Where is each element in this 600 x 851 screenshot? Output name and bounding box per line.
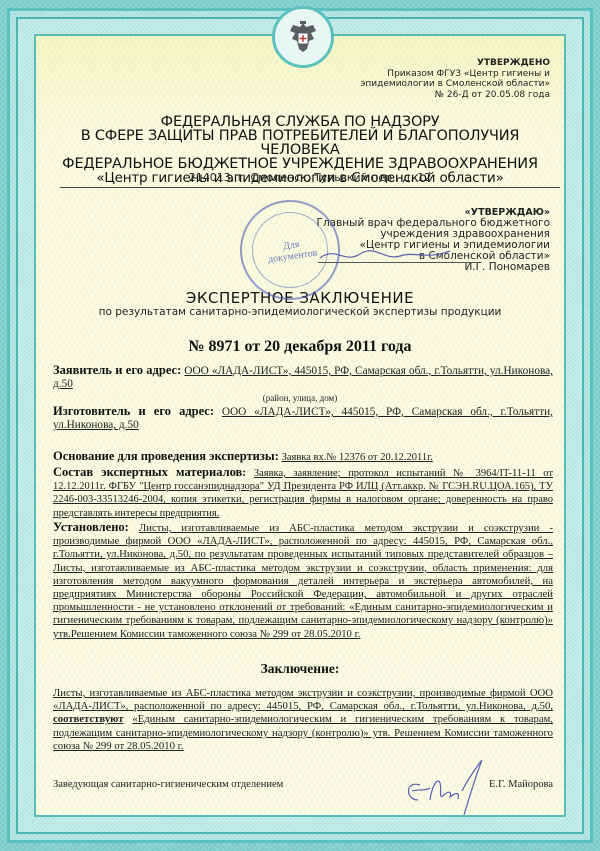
- manufacturer-section: Изготовитель и его адрес: ООО «ЛАДА-ЛИСТ…: [53, 405, 553, 432]
- conclusion-section: Листы, изготавливаемые из АБС-пластика м…: [53, 687, 553, 753]
- approved-heading: УТВЕРЖДЕНО: [360, 58, 550, 69]
- approved-line: № 26-Д от 20.05.08 года: [360, 90, 550, 101]
- established-section: Установлено: Листы, изготавливаемые из А…: [53, 521, 553, 641]
- applicant-section: Заявитель и его адрес: ООО «ЛАДА-ЛИСТ», …: [53, 364, 553, 391]
- org-line: В СФЕРЕ ЗАЩИТЫ ПРАВ ПОТРЕБИТЕЛЕЙ И БЛАГО…: [40, 129, 560, 157]
- manufacturer-label: Изготовитель и его адрес:: [53, 404, 214, 418]
- approval-stamp-order: УТВЕРЖДЕНО Приказом ФГУЗ «Центр гигиены …: [360, 58, 550, 100]
- signatory-position: Заведующая санитарно-гигиеническим отдел…: [53, 779, 283, 790]
- conclusion-heading: Заключение:: [0, 661, 600, 677]
- established-label: Установлено:: [53, 520, 129, 534]
- basis-section: Основание для проведения экспертизы: Зая…: [53, 450, 553, 464]
- certificate-page: УТВЕРЖДЕНО Приказом ФГУЗ «Центр гигиены …: [0, 0, 600, 851]
- org-line: ФЕДЕРАЛЬНАЯ СЛУЖБА ПО НАДЗОРУ: [40, 115, 560, 129]
- org-line: ФЕДЕРАЛЬНОЕ БЮДЖЕТНОЕ УЧРЕЖДЕНИЕ ЗДРАВОО…: [40, 157, 560, 171]
- applicant-label: Заявитель и его адрес:: [53, 363, 181, 377]
- basis-label: Основание для проведения экспертизы:: [53, 449, 279, 463]
- conclusion-verdict: соответствуют: [53, 713, 123, 725]
- double-headed-eagle-emblem-icon: [272, 6, 334, 68]
- round-seal-stamp: Для документов: [240, 200, 340, 300]
- conclusion-text-tail: «Единым санитарно-эпидемиологическим и г…: [53, 713, 553, 751]
- document-subtitle: по результатам санитарно-эпидемиологичес…: [0, 306, 600, 318]
- conclusion-text: Листы, изготавливаемые из АБС-пластика м…: [53, 687, 553, 712]
- approved-line: эпидемиологии в Смоленской области»: [360, 79, 550, 90]
- materials-label: Состав экспертных материалов: [53, 465, 242, 479]
- approved-line: Приказом ФГУЗ «Центр гигиены и: [360, 69, 550, 80]
- materials-section: Состав экспертных материалов: Заявка, за…: [53, 466, 553, 520]
- basis-value: Заявка вх.№ 12376 от 20.12.2011г.: [282, 452, 433, 463]
- established-value: Листы, изготавливаемые из АБС-пластика м…: [53, 522, 553, 640]
- organization-address: 214013, г. Смоленск, Тульский пер., д. 1…: [60, 171, 560, 188]
- document-number: № 8971 от 20 декабря 2011 года: [0, 338, 600, 356]
- signatory-name: Е.Г. Майорова: [489, 779, 553, 790]
- signatory-row: Заведующая санитарно-гигиеническим отдел…: [53, 779, 553, 790]
- address-hint: (район, улица, дом): [0, 393, 600, 403]
- signatory-signature-icon: [400, 755, 490, 825]
